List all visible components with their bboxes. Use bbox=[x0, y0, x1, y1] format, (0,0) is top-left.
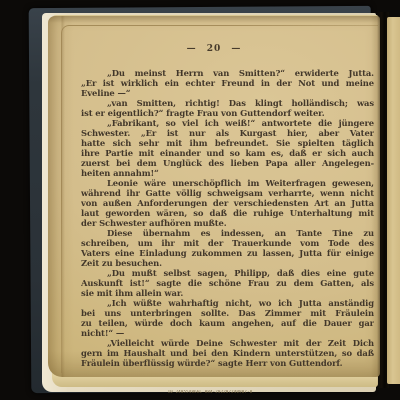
text-line: der Schwester aufhören mußte. bbox=[81, 218, 374, 228]
text-line: ihre Partie mit einander und so kam es, … bbox=[81, 148, 374, 158]
text-line: ist er eigentlich?“ fragte Frau von Gutt… bbox=[81, 108, 374, 118]
page-number: — 20 — bbox=[48, 44, 380, 54]
facing-page-edge bbox=[387, 17, 400, 384]
text-line: „Ich wüßte wahrhaftig nicht, wo ich Jutt… bbox=[81, 298, 374, 308]
text-line: heiten annahm!“ bbox=[81, 168, 374, 178]
text-line: „Du meinst Herrn van Smitten?“ erwiderte… bbox=[81, 68, 374, 78]
text-line: „Vielleicht würde Deine Schwester mit de… bbox=[81, 338, 374, 348]
text-line: hatte sich sehr mit ihm befreundet. Sie … bbox=[81, 138, 374, 148]
text-line: gern im Haushalt und bei den Kindern unt… bbox=[81, 348, 374, 358]
text-line: Eveline —“ bbox=[81, 88, 374, 98]
text-line: „Du mußt selbst sagen, Philipp, daß dies… bbox=[81, 268, 374, 278]
text-line: nicht!“ — bbox=[81, 328, 374, 338]
text-line: während ihr Gatte völlig schweigsam verh… bbox=[81, 188, 374, 198]
text-line: „Er ist wirklich ein echter Freund in de… bbox=[81, 78, 374, 88]
text-line: Leonie wäre unerschöpflich im Weiterfrag… bbox=[81, 178, 374, 188]
text-line: zu teilen, würde doch kaum angehen, auf … bbox=[81, 318, 374, 328]
book-scan-photo: — 20 — „Du meinst Herrn van Smitten?“ er… bbox=[0, 0, 400, 400]
text-line: bei uns unterbringen sollte. Das Zimmer … bbox=[81, 308, 374, 318]
text-line: sie mit ihm allein war. bbox=[81, 288, 374, 298]
text-line: von außen Anforderungen der verschiedens… bbox=[81, 198, 374, 208]
page-text: „Du meinst Herrn van Smitten?“ erwiderte… bbox=[81, 68, 374, 368]
text-line: Vaters eine Einladung zukommen zu lassen… bbox=[81, 248, 374, 258]
book-page: — 20 — „Du meinst Herrn van Smitten?“ er… bbox=[48, 16, 380, 377]
text-line: Fräulein überflüssig würde?“ sagte Herr … bbox=[81, 358, 374, 368]
text-line: schreiben, um ihr mit der Trauerkunde vo… bbox=[81, 238, 374, 248]
text-line: „van Smitten, richtig! Das klingt hollän… bbox=[81, 98, 374, 108]
scan-watermark: 10 240554866L 084-202207240907-0 bbox=[138, 390, 282, 395]
text-line: laut geworden wären, so daß die ruhige U… bbox=[81, 208, 374, 218]
text-line: Auskunft ist!“ sagte die schöne Frau zu … bbox=[81, 278, 374, 288]
text-line: Diese übernahm es indessen, an Tante Tin… bbox=[81, 228, 374, 238]
text-line: Zeit zu besuchen. bbox=[81, 258, 374, 268]
text-line: „Fabrikant, so viel ich weiß!“ antwortet… bbox=[81, 118, 374, 128]
text-line: zuerst bei dem Unglück des lieben Papa a… bbox=[81, 158, 374, 168]
text-line: Schwester. „Er ist nur als Kurgast hier,… bbox=[81, 128, 374, 138]
